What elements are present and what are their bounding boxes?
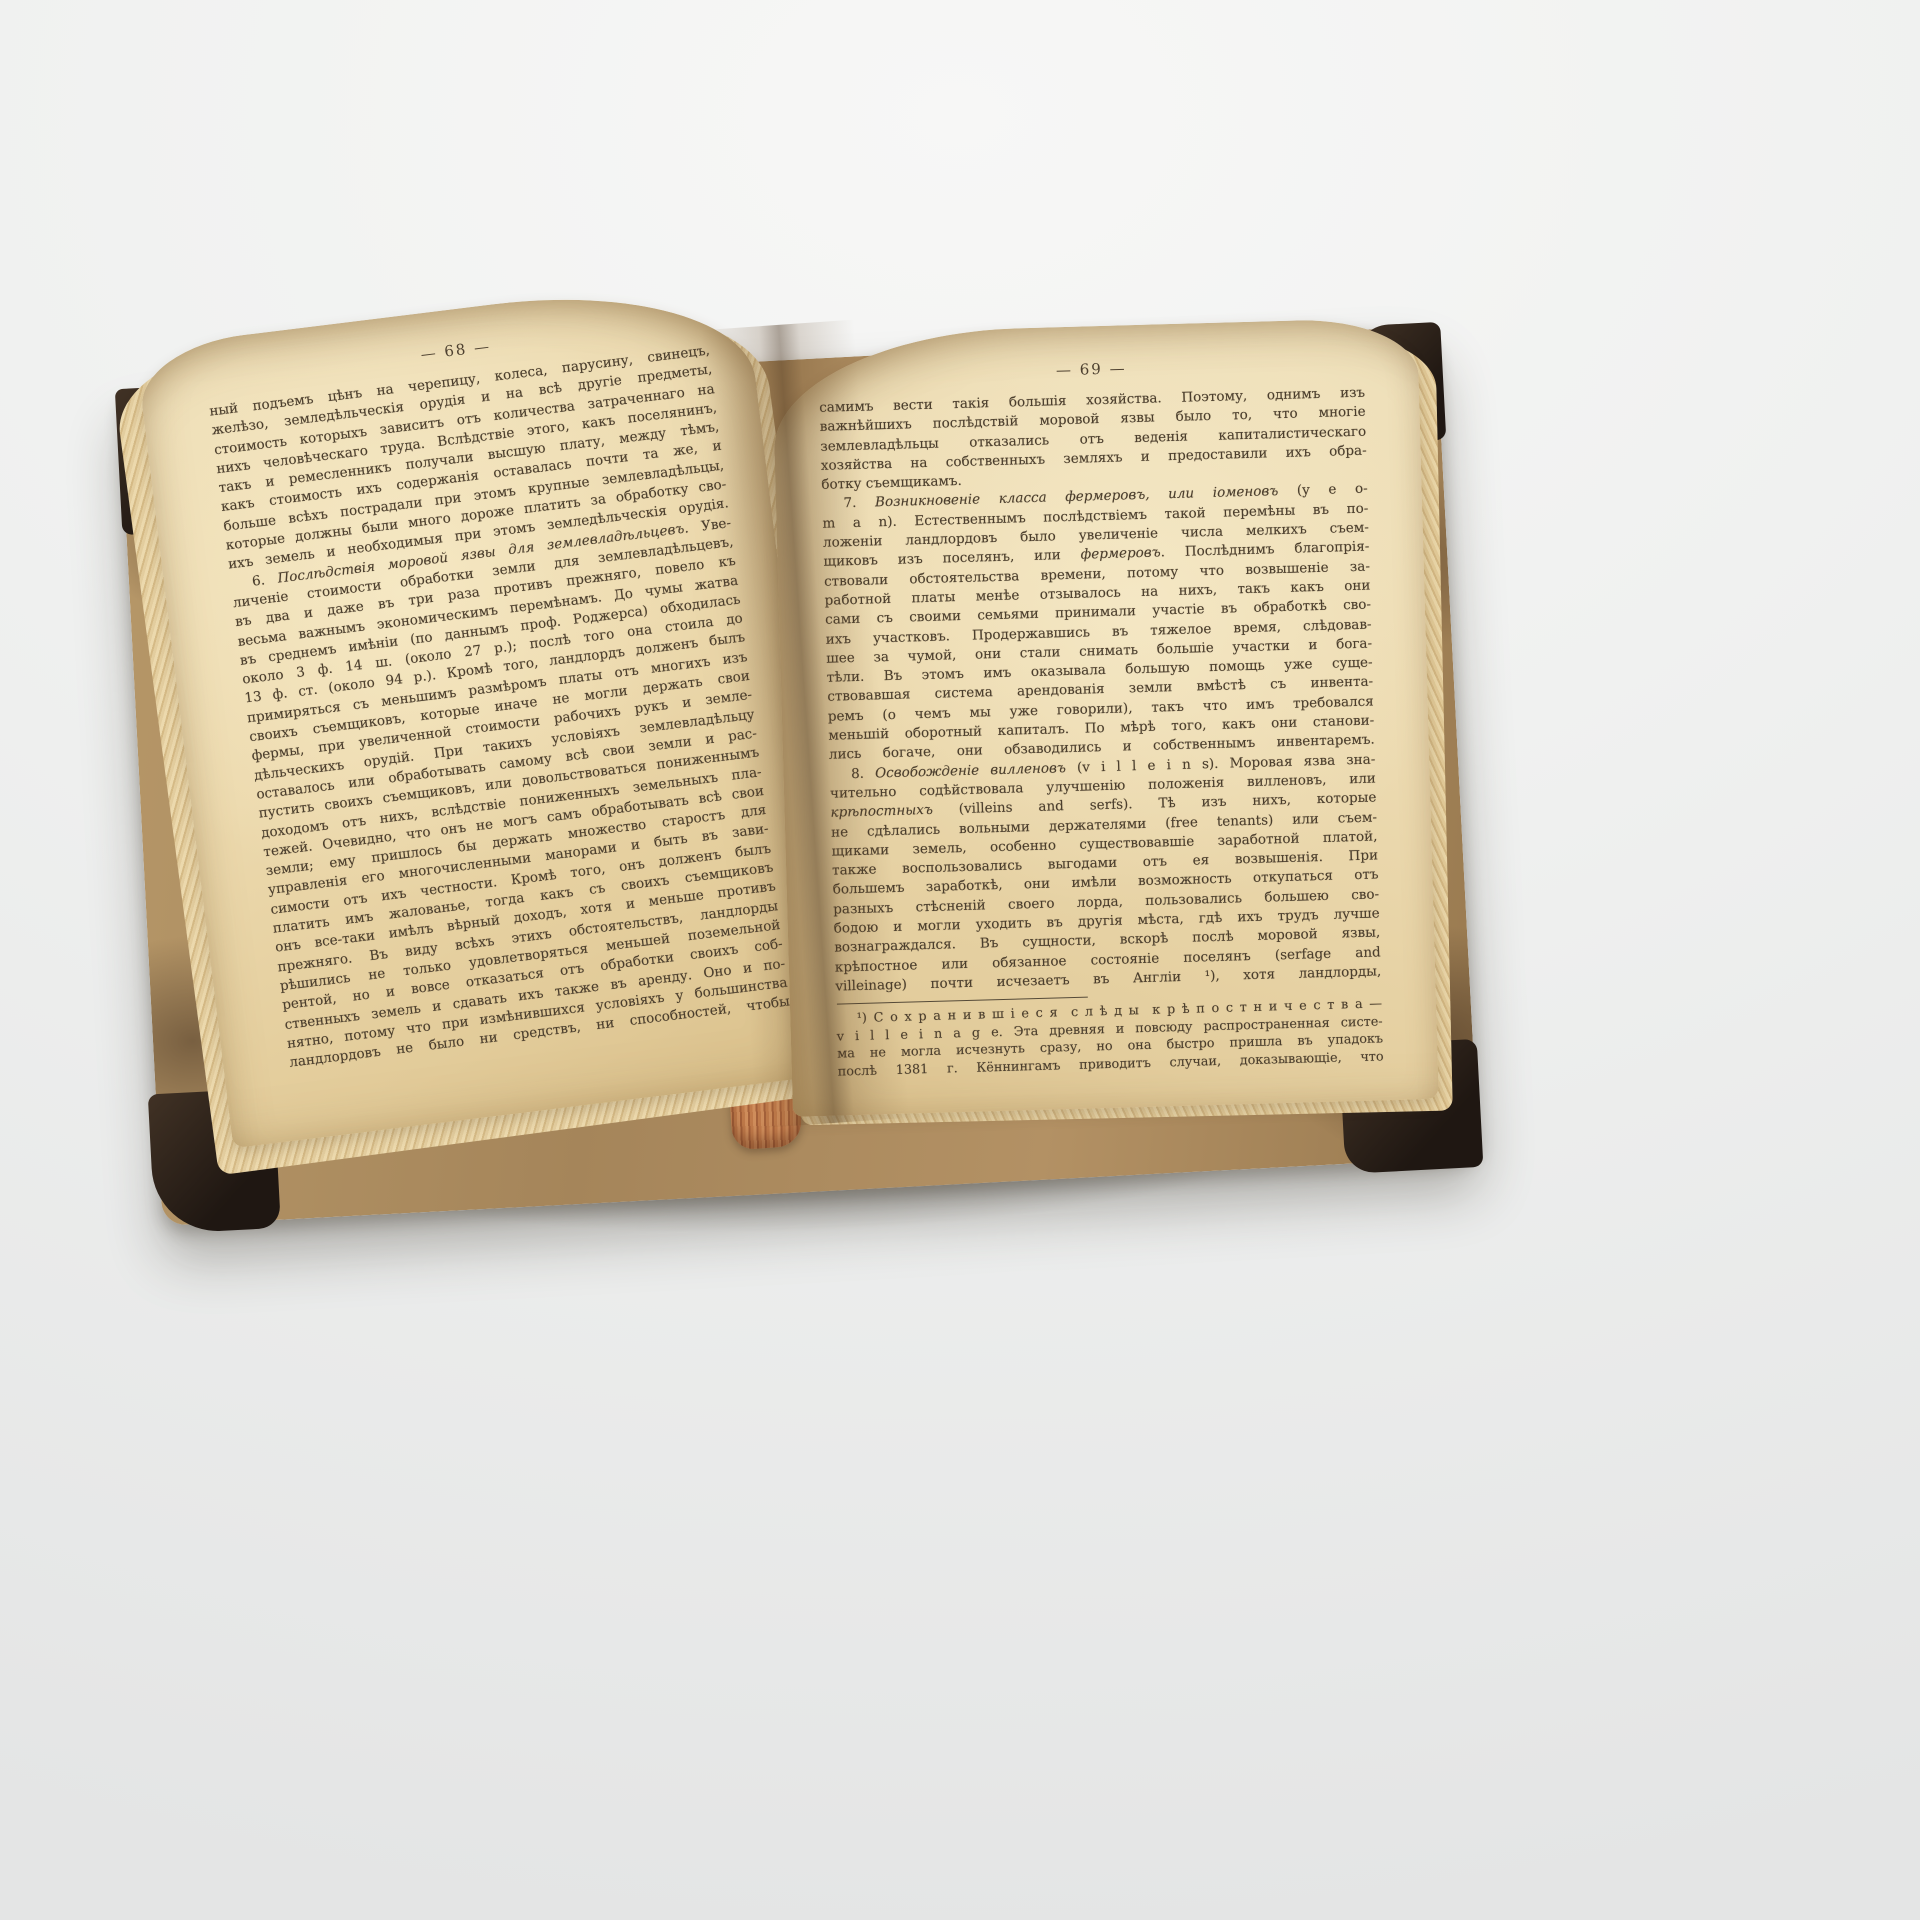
footnote-separator — [837, 997, 1088, 1005]
open-book: — 68 — ный подъемъ цѣнъ на черепицу, кол… — [130, 260, 1480, 1200]
left-page: — 68 — ный подъемъ цѣнъ на черепицу, кол… — [135, 274, 841, 1149]
right-page-text: — 69 — самимъ вести такія большія хозяйс… — [818, 353, 1384, 1081]
left-page-text: — 68 — ный подъемъ цѣнъ на черепицу, кол… — [205, 311, 791, 1074]
right-page: — 69 — самимъ вести такія большія хозяйс… — [771, 317, 1439, 1117]
left-text-block: ный подъемъ цѣнъ на черепицу, колеса, па… — [208, 341, 791, 1073]
right-text-block: самимъ вести такія большія хозяйства. По… — [819, 384, 1381, 997]
photo-backdrop: — 68 — ный подъемъ цѣнъ на черепицу, кол… — [0, 0, 1920, 1920]
footnote-block: ¹) С о х р а н и в ш і е с я с л ѣ д ы к… — [836, 996, 1384, 1081]
page-number-right: — 69 — — [818, 353, 1364, 386]
